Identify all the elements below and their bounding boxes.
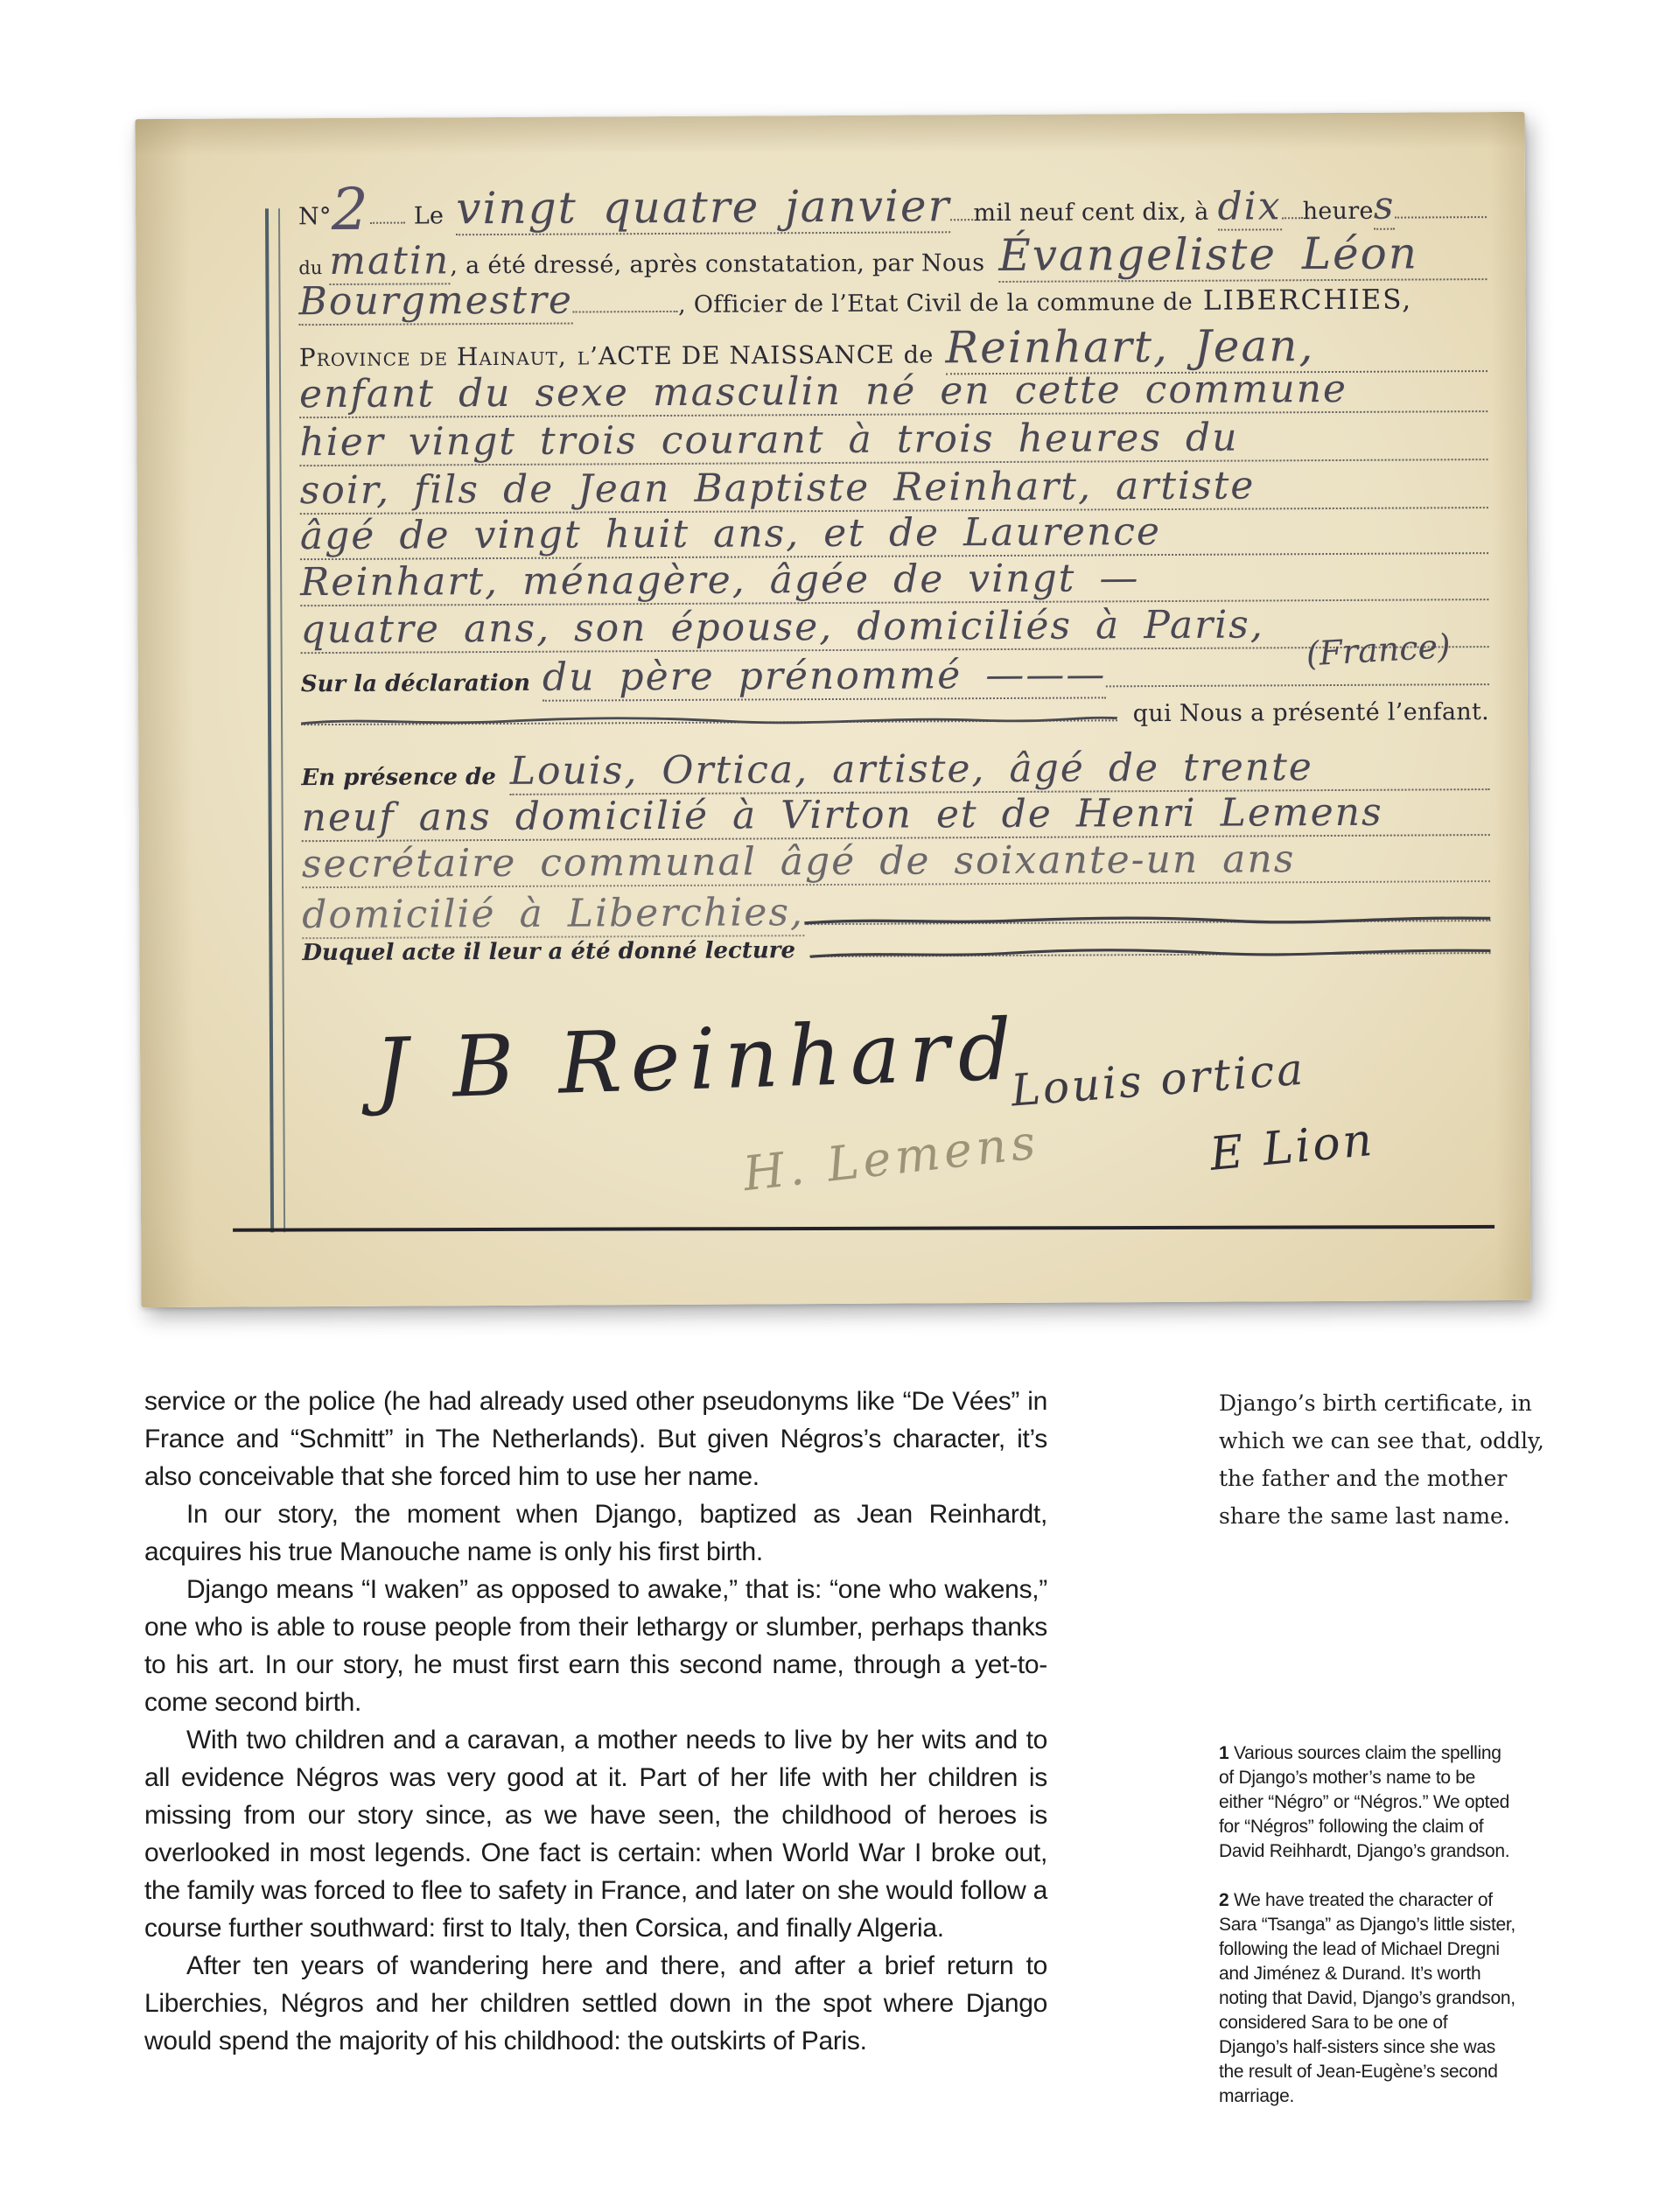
handwritten-witness-3: secrétaire communal âgé de soixante-un a…	[302, 836, 1490, 888]
handwritten-text: âgé de vingt huit ans, et de Laurence	[300, 508, 1488, 560]
printed-presented: qui Nous a présenté l’enfant.	[1133, 698, 1489, 727]
certificate-row-number-date: N° 2 Le vingt quatre janvier mil neuf ce…	[298, 178, 1487, 229]
dotted-line	[1395, 209, 1487, 219]
printed-dresse: , a été dressé, après constatation, par …	[450, 249, 984, 279]
printed-du: du	[298, 257, 322, 278]
handwritten-line: hier vingt trois courant à trois heures …	[299, 414, 1487, 466]
printed-commune-name: LIBERCHIES,	[1203, 284, 1412, 317]
handwritten-text: enfant du sexe masculin né en cette comm…	[299, 366, 1487, 418]
crossed-out-line	[301, 712, 1117, 725]
signature-witness-ortica: Louis ortica	[1010, 1044, 1307, 1117]
footnote-text: We have treated the character of Sara “T…	[1219, 1890, 1515, 2106]
certificate-row-presence-1: En présence de Louis, Ortica, artiste, â…	[301, 744, 1489, 795]
body-paragraph: Django means “I waken” as opposed to awa…	[144, 1571, 1047, 1721]
printed-year: mil neuf cent dix, à	[973, 199, 1208, 227]
handwritten-line: soir, fils de Jean Baptiste Reinhart, ar…	[300, 462, 1488, 514]
certificate-row-bourgmestre: Bourgmestre , Officier de l’Etat Civil d…	[298, 273, 1487, 325]
printed-declaration-label: Sur la déclaration	[301, 670, 530, 697]
handwritten-s: s	[1374, 184, 1396, 230]
handwritten-text: soir, fils de Jean Baptiste Reinhart, ar…	[300, 462, 1488, 515]
printed-presence-label: En présence de	[301, 764, 496, 791]
crossed-out-line	[804, 913, 1490, 925]
body-paragraph: With two children and a caravan, a mothe…	[144, 1721, 1047, 1947]
certificate-row-presence-2: neuf ans domicilié à Virton et de Henri …	[302, 789, 1490, 841]
signature-witness-lemens: H. Lemens	[740, 1114, 1042, 1201]
footnote-1: 1 Various sources claim the spelling of …	[1219, 1741, 1521, 1864]
le-label: Le	[414, 202, 444, 229]
printed-lecture-label: Duquel acte il leur a été donné lecture	[302, 937, 795, 966]
birth-certificate-scan: N° 2 Le vingt quatre janvier mil neuf ce…	[135, 112, 1530, 1307]
certificate-row-presence-4: domicilié à Liberchies,	[302, 886, 1490, 938]
footnotes: 1 Various sources claim the spelling of …	[1219, 1741, 1521, 2133]
printed-de: de	[904, 341, 934, 368]
footnote-2: 2 We have treated the character of Sara …	[1219, 1888, 1521, 2109]
handwritten-line: Reinhart, ménagère, âgée de vingt —	[300, 554, 1488, 606]
printed-province: Province de Hainaut,	[299, 342, 567, 373]
certificate-row-presence-3: secrétaire communal âgé de soixante-un a…	[302, 836, 1490, 887]
handwritten-text: Reinhart, ménagère, âgée de vingt —	[300, 554, 1488, 606]
footnote-number: 2	[1219, 1890, 1228, 1910]
form-bottom-rule	[233, 1225, 1494, 1232]
certificate-row-presented: qui Nous a présenté l’enfant.	[301, 698, 1489, 750]
image-caption: Django’s birth certificate, in which we …	[1219, 1384, 1544, 1535]
printed-heure: heure	[1303, 198, 1374, 225]
handwritten-line: enfant du sexe masculin né en cette comm…	[299, 366, 1487, 417]
handwritten-hour: dix	[1217, 184, 1281, 230]
dotted-line	[370, 215, 405, 224]
handwritten-declaration: du père prénommé ———	[542, 652, 1107, 701]
body-paragraph: After ten years of wandering here and th…	[144, 1947, 1047, 2060]
handwritten-date: vingt quatre janvier	[456, 180, 950, 235]
certificate-row-lecture: Duquel acte il leur a été donné lecture	[302, 934, 1490, 985]
handwritten-witness-1: Louis, Ortica, artiste, âgé de trente	[510, 744, 1490, 795]
dotted-line	[1282, 210, 1303, 219]
signature-father: J B Reinhard	[374, 1000, 1022, 1118]
printed-acte-naissance: l’ACTE DE NAISSANCE	[577, 340, 895, 371]
body-text-column: service or the police (he had already us…	[144, 1383, 1047, 2060]
certificate-row-declaration: Sur la déclaration du père prénommé ———	[301, 650, 1489, 702]
handwritten-witness-2: neuf ans domicilié à Virton et de Henri …	[302, 789, 1490, 842]
handwritten-text: hier vingt trois courant à trois heures …	[299, 414, 1487, 466]
body-paragraph: In our story, the moment when Django, ba…	[144, 1495, 1047, 1571]
squiggle-stroke	[301, 711, 1117, 727]
crossed-out-line	[809, 945, 1490, 957]
footnote-text: Various sources claim the spelling of Dj…	[1219, 1743, 1509, 1861]
form-left-rule-thin	[278, 208, 285, 1232]
book-page: N° 2 Le vingt quatre janvier mil neuf ce…	[0, 0, 1680, 2206]
number-label: N°	[298, 203, 332, 230]
dotted-line	[573, 304, 678, 313]
handwritten-line: âgé de vingt huit ans, et de Laurence	[300, 508, 1488, 559]
form-left-rule-thick	[265, 208, 274, 1232]
squiggle-stroke	[809, 943, 1491, 959]
certificate-row-matin: du matin , a été dressé, après constatat…	[298, 228, 1487, 279]
dotted-line	[950, 212, 973, 221]
printed-officier: , Officier de l’Etat Civil de la commune…	[678, 289, 1193, 319]
certificate-row-acte: Province de Hainaut, l’ACTE DE NAISSANCE…	[299, 319, 1487, 371]
footnote-number: 1	[1219, 1743, 1228, 1763]
handwritten-witness-4: domicilié à Liberchies,	[302, 890, 804, 939]
signature-officer: E Lion	[1207, 1114, 1376, 1181]
squiggle-stroke	[804, 911, 1490, 927]
body-paragraph: service or the police (he had already us…	[144, 1383, 1047, 1495]
dotted-line	[1106, 676, 1489, 687]
handwritten-bourgmestre: Bourgmestre	[298, 278, 573, 326]
